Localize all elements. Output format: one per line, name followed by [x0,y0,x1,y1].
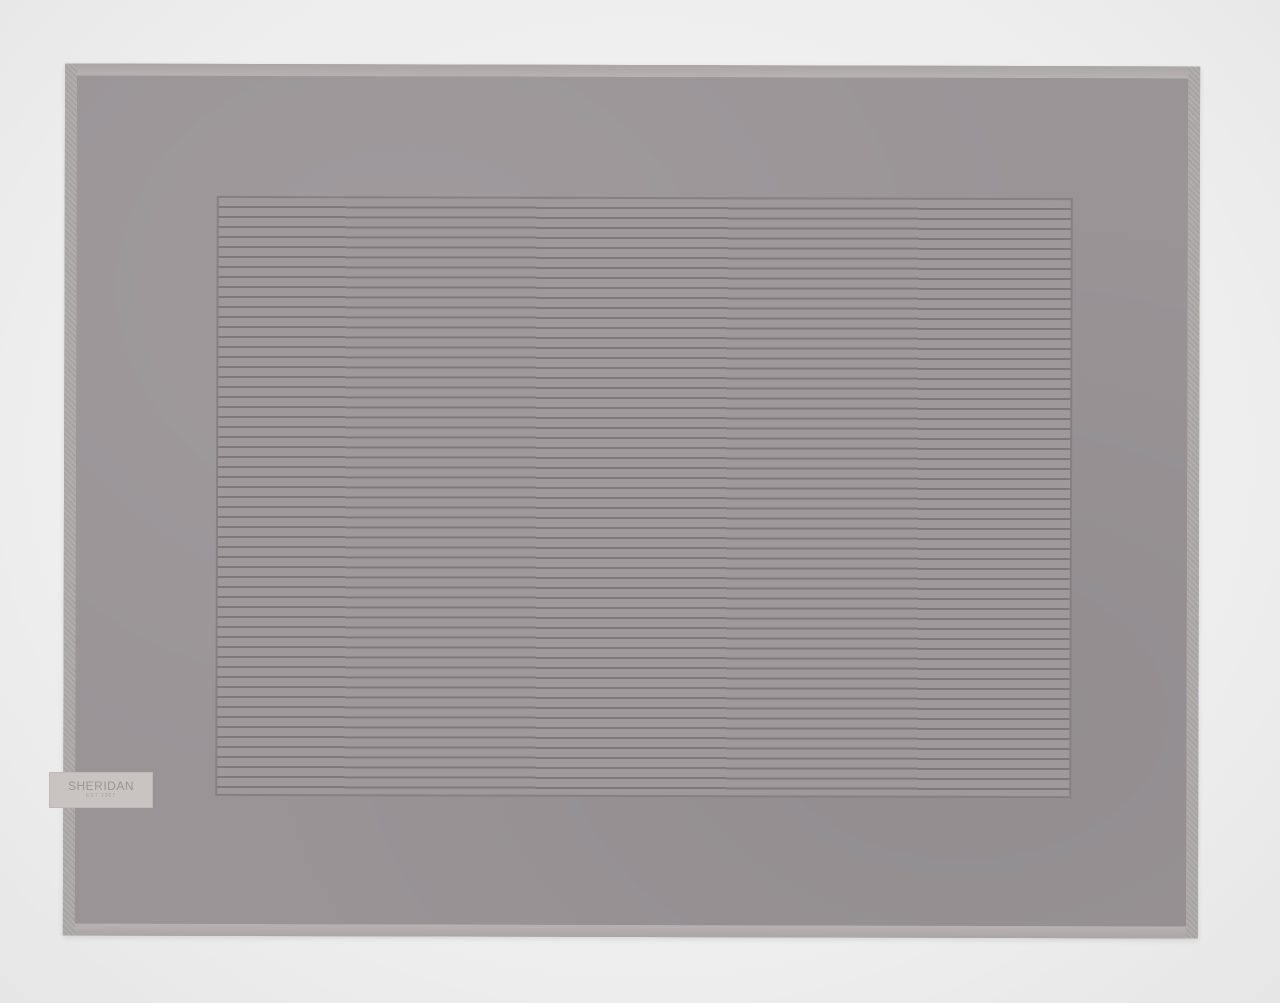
mat-hem-right [1186,66,1200,938]
bath-mat [63,64,1200,939]
ribbed-inner-panel [215,196,1073,798]
brand-label: SHERIDAN EST 1967 [50,773,152,807]
brand-tagline: EST 1967 [86,793,116,800]
brand-name: SHERIDAN [68,780,134,793]
